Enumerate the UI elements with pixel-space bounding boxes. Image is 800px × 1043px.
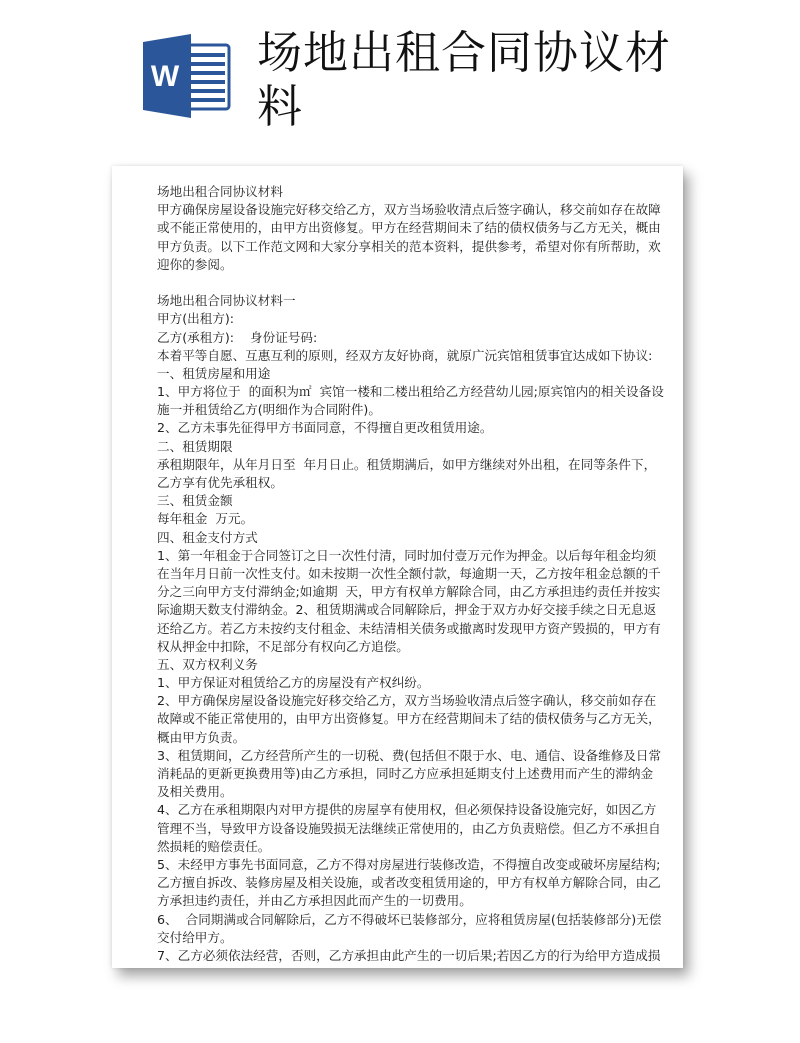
document-page: 场地出租合同协议材料 甲方确保房屋设备设施完好移交给乙方，双方当场验收清点后签字…: [112, 166, 683, 968]
clause-heading: 三、租赁金额: [157, 492, 657, 510]
doc-line: 甲方负责。以下工作范文网和大家分享相关的范本资料，提供参考，希望对你有所帮助，欢: [157, 238, 657, 256]
doc-line: 施一并租赁给乙方(明细作为合同附件)。: [157, 401, 657, 419]
doc-line: 7、乙方必须依法经营，否则，乙方承担由此产生的一切后果;若因乙方的行为给甲方造成…: [157, 947, 657, 965]
doc-line: 乙方擅自拆改、装修房屋及相关设施，或者改变租赁用途的，甲方有权单方解除合同，由乙: [157, 874, 657, 892]
section-heading: 场地出租合同协议材料一: [157, 292, 657, 310]
document-body: 场地出租合同协议材料 甲方确保房屋设备设施完好移交给乙方，双方当场验收清点后签字…: [157, 183, 657, 965]
party-b-line: 乙方(承租方): 身份证号码:: [157, 329, 657, 347]
doc-line: 交付给甲方。: [157, 929, 657, 947]
doc-line: 故障或不能正常使用的，由甲方出资修复。甲方在经营期间未了结的债权债务与乙方无关，: [157, 710, 657, 728]
doc-line: 方承担违约责任，并由乙方承担因此而产生的一切费用。: [157, 892, 657, 910]
doc-line: 甲方确保房屋设备设施完好移交给乙方，双方当场验收清点后签字确认，移交前如存在故障: [157, 201, 657, 219]
clause-heading: 四、租金支付方式: [157, 529, 657, 547]
clause-heading: 一、租赁房屋和用途: [157, 365, 657, 383]
clause-heading: 五、双方权利义务: [157, 656, 657, 674]
doc-line: 及相关费用。: [157, 783, 657, 801]
doc-title-line: 场地出租合同协议材料: [157, 183, 657, 201]
doc-line: 概由甲方负责。: [157, 729, 657, 747]
doc-line: 1、第一年租金于合同签订之日一次性付清，同时加付壹万元作为押金。以后每年租金均须: [157, 547, 657, 565]
blank-line: [157, 274, 657, 292]
doc-line: 权从押金中扣除，不足部分有权向乙方追偿。: [157, 638, 657, 656]
doc-line: 本着平等自愿、互惠互利的原则，经双方友好协商，就原广沅宾馆租赁事宜达成如下协议:: [157, 347, 657, 365]
doc-line: 乙方享有优先承租权。: [157, 474, 657, 492]
doc-line: 5、未经甲方事先书面同意，乙方不得对房屋进行装修改造，不得擅自改变或破坏房屋结构…: [157, 856, 657, 874]
doc-line: 分之三向甲方支付滞纳金;如逾期 天，甲方有权单方解除合同，由乙方承担违约责任并按…: [157, 583, 657, 601]
doc-line: 还给乙方。若乙方未按约支付租金、未结清相关债务或撤离时发现甲方资产毁损的，甲方有: [157, 620, 657, 638]
svg-text:W: W: [151, 60, 180, 93]
doc-line: 1、甲方保证对租赁给乙方的房屋没有产权纠纷。: [157, 674, 657, 692]
doc-line: 6、 合同期满或合同解除后，乙方不得破坏已装修部分，应将租赁房屋(包括装修部分)…: [157, 911, 657, 929]
doc-line: 2、乙方未事先征得甲方书面同意，不得擅自更改租赁用途。: [157, 419, 657, 437]
doc-line: 际逾期天数支付滞纳金。2、租赁期满或合同解除后，押金于双方办好交接手续之日无息返: [157, 601, 657, 619]
doc-line: 4、乙方在承租期限内对甲方提供的房屋享有使用权，但必须保持设备设施完好，如因乙方: [157, 801, 657, 819]
doc-line: 迎你的参阅。: [157, 256, 657, 274]
doc-line: 承租期限年，从年月日至 年月日止。租赁期满后，如甲方继续对外出租，在同等条件下，: [157, 456, 657, 474]
doc-line: 或不能正常使用的，由甲方出资修复。甲方在经营期间未了结的债权债务与乙方无关，概由: [157, 219, 657, 237]
party-a-line: 甲方(出租方):: [157, 310, 657, 328]
clause-heading: 二、租赁期限: [157, 438, 657, 456]
page-title: 场地出租合同协议材料: [257, 26, 687, 134]
doc-line: 1、甲方将位于 的面积为㎡ 宾馆一楼和二楼出租给乙方经营幼儿园;原宾馆内的相关设…: [157, 383, 657, 401]
doc-line: 每年租金 万元。: [157, 510, 657, 528]
doc-line: 管理不当，导致甲方设备设施毁损无法继续正常使用的，由乙方负责赔偿。但乙方不承担自: [157, 820, 657, 838]
doc-line: 消耗品的更新更换费用等)由乙方承担，同时乙方应承担延期支付上述费用而产生的滞纳金: [157, 765, 657, 783]
document-header: W 场地出租合同协议材料: [0, 0, 800, 150]
doc-line: 3、租赁期间，乙方经营所产生的一切税、费(包括但不限于水、电、通信、设备维修及日…: [157, 747, 657, 765]
doc-line: 2、甲方确保房屋设备设施完好移交给乙方，双方当场验收清点后签字确认，移交前如存在: [157, 692, 657, 710]
word-document-icon: W: [143, 34, 233, 118]
doc-line: 然损耗的赔偿责任。: [157, 838, 657, 856]
doc-line: 在当年月日前一次性支付。如未按期一次性全额付款，每逾期一天，乙方按年租金总额的千: [157, 565, 657, 583]
